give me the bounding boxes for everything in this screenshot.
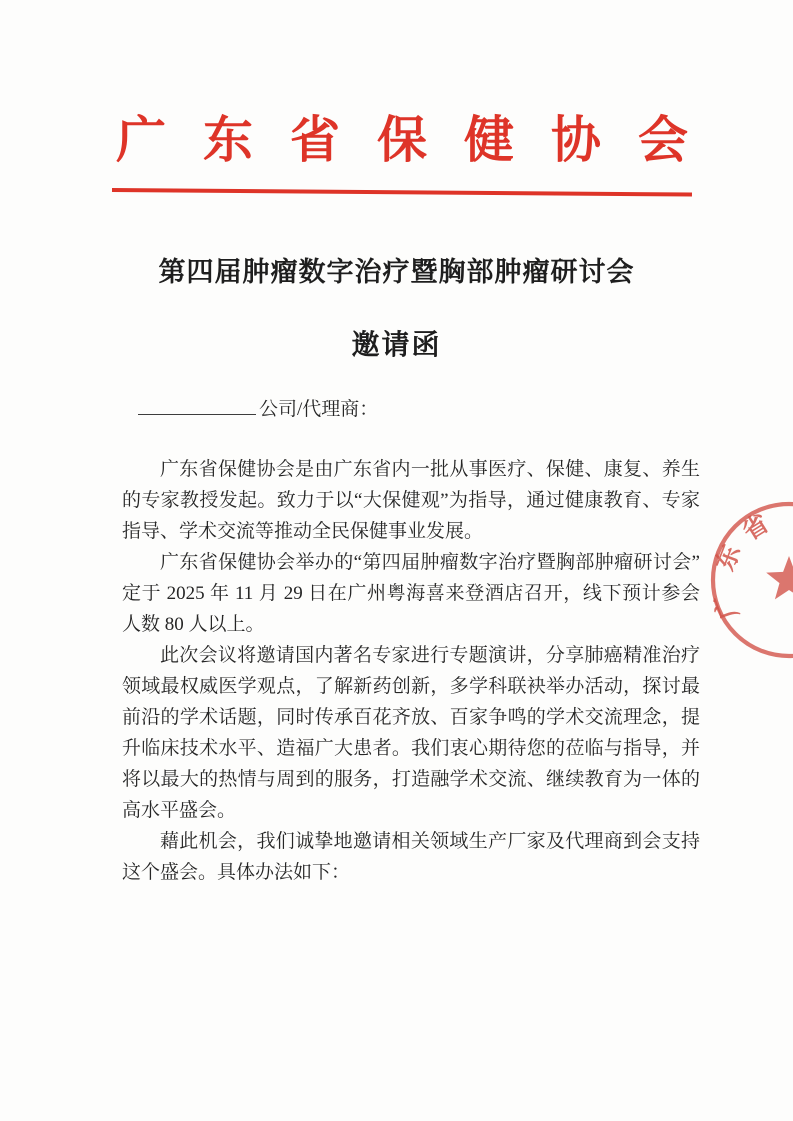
document-subtitle: 邀请函 xyxy=(0,323,793,363)
seal-char-dong: 东 xyxy=(711,541,746,574)
paragraph-intro: 广东省保健协会是由广东省内一批从事医疗、保健、康复、养生的专家教授发起。致力于以… xyxy=(122,454,700,547)
salutation: 公司/代理商： xyxy=(122,394,700,425)
document-title: 第四届肿瘤数字治疗暨胸部肿瘤研讨会 xyxy=(0,250,793,289)
paragraph-invitation: 藉此机会，我们诚挚地邀请相关领域生产厂家及代理商到会支持这个盛会。具体办法如下： xyxy=(122,826,700,888)
document-page: 广东省保健协会 第四届肿瘤数字治疗暨胸部肿瘤研讨会 邀请函 公司/代理商： 广东… xyxy=(0,0,793,1121)
seal-star-icon xyxy=(766,556,793,599)
salutation-label: 公司/代理商： xyxy=(259,399,378,420)
letter-body: 公司/代理商： 广东省保健协会是由广东省内一批从事医疗、保健、康复、养生的专家教… xyxy=(122,394,700,888)
paragraph-conference-description: 此次会议将邀请国内著名专家进行专题演讲，分享肺癌精准治疗领域最权威医学观点，了解… xyxy=(122,640,700,826)
recipient-blank-line xyxy=(138,396,256,415)
letterhead-rule xyxy=(112,188,692,197)
seal-char-sheng: 省 xyxy=(738,509,774,546)
paragraph-event-details: 广东省保健协会举办的“第四届肿瘤数字治疗暨胸部肿瘤研讨会”定于 2025 年 1… xyxy=(122,547,700,640)
org-name: 广东省保健协会 xyxy=(116,110,725,170)
official-seal-icon: 广 东 省 xyxy=(689,480,793,690)
